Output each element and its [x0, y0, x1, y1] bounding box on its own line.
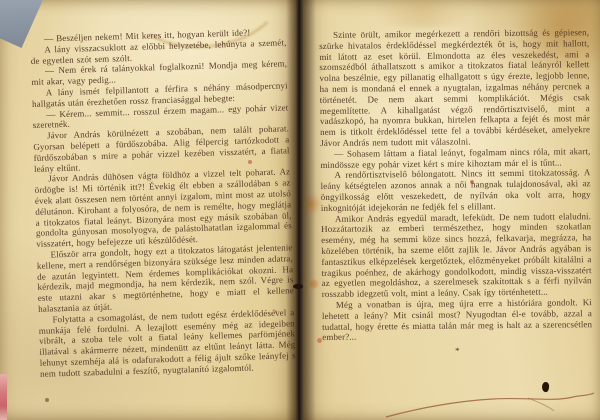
paragraph: Folytatta a csomagolást, de nem tudott e… — [38, 307, 296, 379]
paragraph: Először arra gondolt, hogy ezt a titokza… — [36, 242, 294, 314]
left-page-text: — Beszéljen nekem! Mit keres itt, hogyan… — [30, 26, 296, 379]
right-page-paragraphs: Szinte örült, amikor megérkezett a rendő… — [319, 27, 592, 343]
right-page: Szinte örült, amikor megérkezett a rendő… — [303, 0, 600, 420]
right-page-text: Szinte örült, amikor megérkezett a rendő… — [319, 27, 592, 358]
paragraph: — Sohasem láttam a fiatal leányt, fogalm… — [320, 146, 590, 170]
paragraph: Amikor András egyedül maradt, lefeküdt. … — [321, 211, 592, 300]
paper-speck — [45, 398, 49, 402]
paper-stain — [358, 0, 488, 28]
paragraph: Jávor András körülnézett a szobában, nem… — [33, 124, 290, 175]
paragraph: Szinte örült, amikor megérkezett a rendő… — [319, 27, 590, 149]
section-break-star: * — [322, 344, 592, 358]
book-spread-photo: — Beszéljen nekem! Mit keres itt, hogyan… — [0, 0, 600, 420]
paper-stain — [304, 193, 320, 215]
left-page: — Beszéljen nekem! Mit keres itt, hogyan… — [0, 0, 297, 420]
paragraph: Jávor András dühösen vágta földhöz a viz… — [34, 167, 292, 250]
paragraph: A rendőrtisztviselő bólongatott. Nincs i… — [320, 168, 590, 214]
paragraph: Még a vonatban is újra, meg újra erre a … — [322, 297, 592, 343]
paper-stain — [310, 280, 318, 288]
